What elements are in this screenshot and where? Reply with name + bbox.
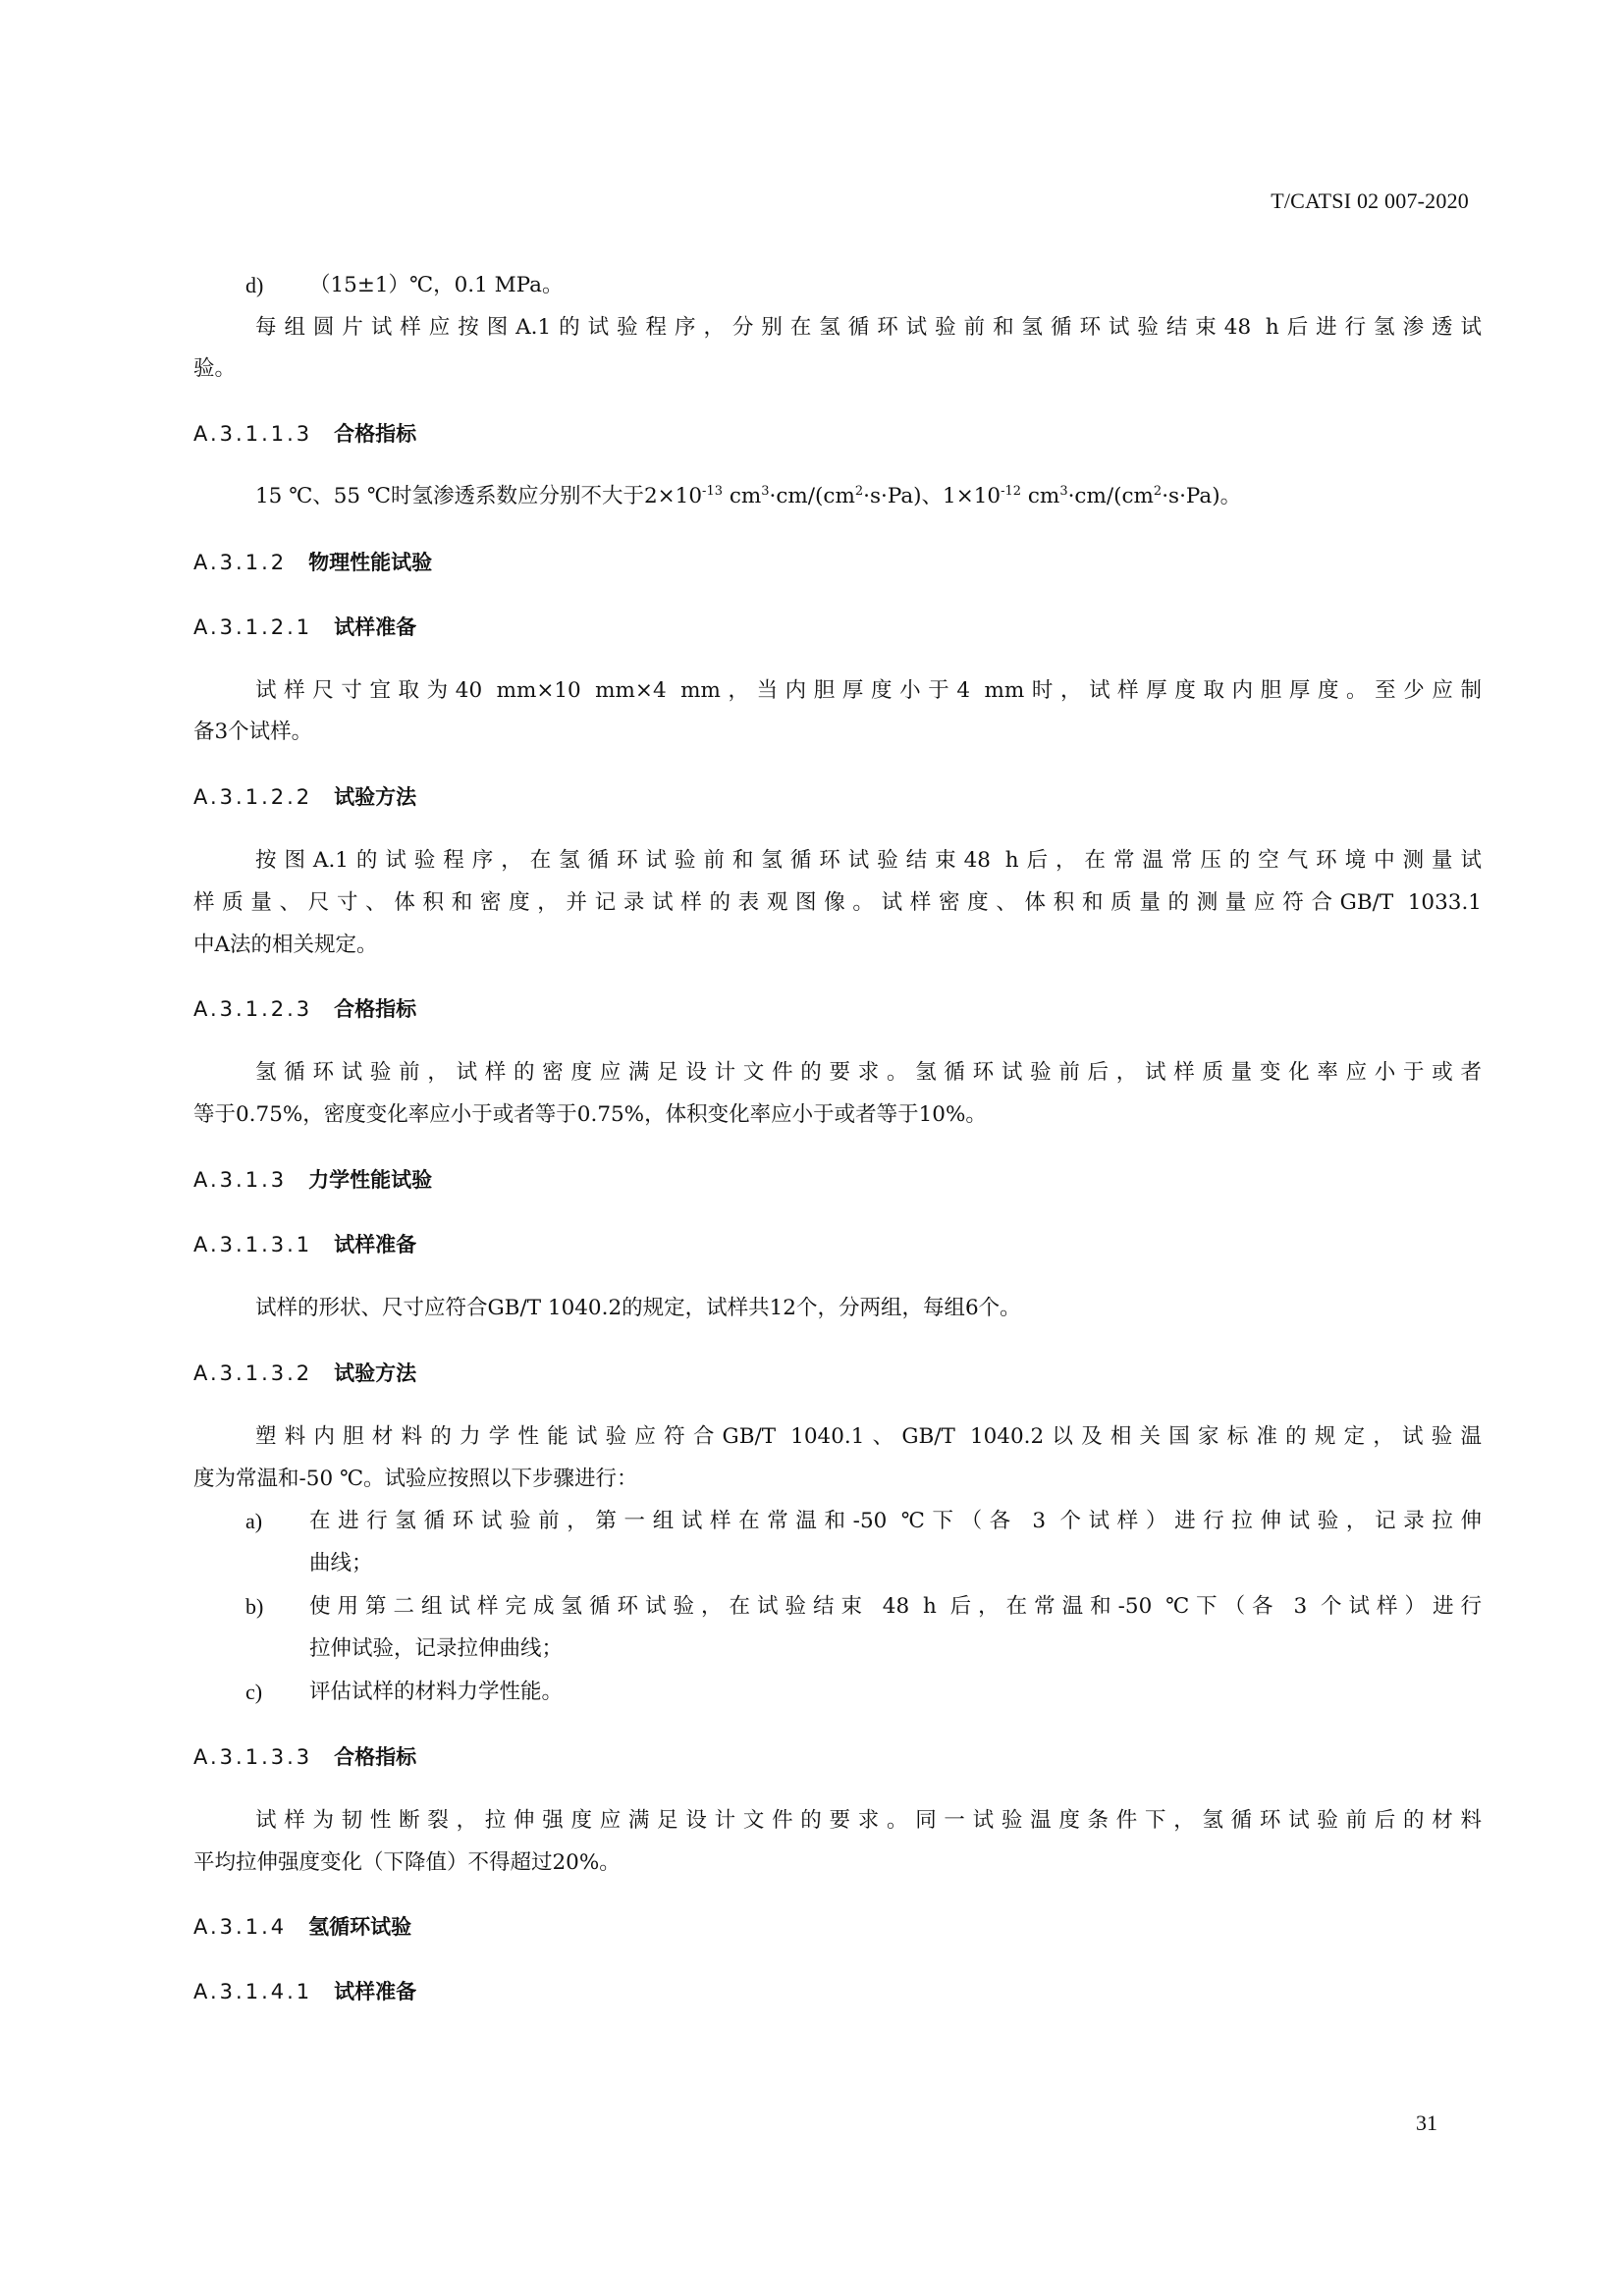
paragraph-line: 试样为韧性断裂，拉伸强度应满足设计文件的要求。同一试验温度条件下，氢循环试验前后…	[255, 1806, 1482, 1836]
section-heading-a31121: A.3.1.2.1试样准备	[193, 613, 416, 642]
section-title: 合格指标	[334, 1745, 416, 1769]
paragraph-line: 验。	[193, 354, 1482, 384]
section-number: A.3.1.2.2	[193, 785, 312, 809]
section-heading-a31113: A.3.1.1.3合格指标	[193, 419, 416, 449]
section-number: A.3.1.1.3	[193, 422, 312, 446]
document-page: T/CATSI 02 007-2020 d) （15±1）℃，0.1 MPa。 …	[0, 0, 1624, 2296]
section-title: 氢循环试验	[308, 1915, 411, 1939]
paragraph-line: 备3个试样。	[193, 718, 1482, 747]
section-title: 试样准备	[334, 1233, 416, 1256]
section-title: 试验方法	[334, 1362, 416, 1385]
section-number: A.3.1.3	[193, 1168, 287, 1192]
section-title: 物理性能试验	[308, 551, 432, 574]
paragraph-permeation-criteria: 15 ℃、55 ℃时氢渗透系数应分别不大于2×10-13 cm3·cm/(cm2…	[255, 482, 1543, 511]
section-heading-a31122: A.3.1.2.2试验方法	[193, 782, 416, 812]
section-heading-a31141: A.3.1.4.1试样准备	[193, 1977, 416, 2006]
section-title: 试验方法	[334, 785, 416, 809]
list-text-a-line2: 曲线；	[309, 1549, 1482, 1578]
section-heading-a3114: A.3.1.4氢循环试验	[193, 1912, 411, 1942]
page-number: 31	[1416, 2110, 1437, 2136]
paragraph-line: 氢循环试验前，试样的密度应满足设计文件的要求。氢循环试验前后，试样质量变化率应小…	[255, 1058, 1482, 1088]
section-title: 试样准备	[334, 1980, 416, 2003]
list-label-c: c)	[245, 1678, 262, 1707]
section-title: 试样准备	[334, 615, 416, 639]
section-heading-a3112: A.3.1.2物理性能试验	[193, 548, 432, 577]
section-number: A.3.1.2.3	[193, 997, 312, 1021]
paragraph-line: 塑料内胆材料的力学性能试验应符合GB/T 1040.1、GB/T 1040.2以…	[255, 1422, 1482, 1452]
paragraph-line: 样质量、尺寸、体积和密度，并记录试样的表观图像。试样密度、体积和质量的测量应符合…	[193, 888, 1482, 918]
paragraph-line: 平均拉伸强度变化（下降值）不得超过20%。	[193, 1848, 1482, 1878]
section-title: 合格指标	[334, 997, 416, 1021]
paragraph-line: 度为常温和-50 ℃。试验应按照以下步骤进行：	[193, 1465, 1482, 1494]
list-label-d: d)	[245, 271, 263, 300]
paragraph-line: 每组圆片试样应按图A.1的试验程序，分别在氢循环试验前和氢循环试验结束48 h后…	[255, 313, 1482, 343]
paragraph-line: 试样尺寸宜取为40 mm×10 mm×4 mm，当内胆厚度小于4 mm时，试样厚…	[255, 676, 1482, 706]
section-number: A.3.1.4	[193, 1915, 287, 1939]
list-text-b-line2: 拉伸试验，记录拉伸曲线；	[309, 1634, 1482, 1664]
list-label-b: b)	[245, 1592, 263, 1622]
section-heading-a3113: A.3.1.3力学性能试验	[193, 1165, 432, 1195]
section-number: A.3.1.3.3	[193, 1745, 312, 1769]
paragraph-line: 试样的形状、尺寸应符合GB/T 1040.2的规定，试样共12个，分两组，每组6…	[255, 1294, 1543, 1323]
paragraph-line: 等于0.75%，密度变化率应小于或者等于0.75%，体积变化率应小于或者等于10…	[193, 1100, 1482, 1130]
list-label-a: a)	[245, 1507, 262, 1536]
list-text-c-line1: 评估试样的材料力学性能。	[309, 1678, 1482, 1707]
section-heading-a31123: A.3.1.2.3合格指标	[193, 994, 416, 1024]
section-heading-a31133: A.3.1.3.3合格指标	[193, 1742, 416, 1772]
paragraph-line: 按图A.1的试验程序，在氢循环试验前和氢循环试验结束48 h后，在常温常压的空气…	[255, 846, 1482, 876]
section-number: A.3.1.2	[193, 551, 287, 574]
section-number: A.3.1.3.1	[193, 1233, 312, 1256]
section-heading-a31132: A.3.1.3.2试验方法	[193, 1359, 416, 1388]
section-title: 力学性能试验	[308, 1168, 432, 1192]
section-number: A.3.1.4.1	[193, 1980, 312, 2003]
section-title: 合格指标	[334, 422, 416, 446]
list-text-b-line1: 使用第二组试样完成氢循环试验，在试验结束 48 h 后，在常温和-50 ℃下（各…	[309, 1592, 1482, 1622]
list-text-d: （15±1）℃，0.1 MPa。	[309, 271, 1482, 300]
document-code: T/CATSI 02 007-2020	[1271, 188, 1469, 214]
section-heading-a31131: A.3.1.3.1试样准备	[193, 1230, 416, 1259]
section-number: A.3.1.2.1	[193, 615, 312, 639]
section-number: A.3.1.3.2	[193, 1362, 312, 1385]
paragraph-line: 中A法的相关规定。	[193, 931, 1482, 960]
list-text-a-line1: 在进行氢循环试验前，第一组试样在常温和-50 ℃下（各 3 个试样）进行拉伸试验…	[309, 1507, 1482, 1536]
